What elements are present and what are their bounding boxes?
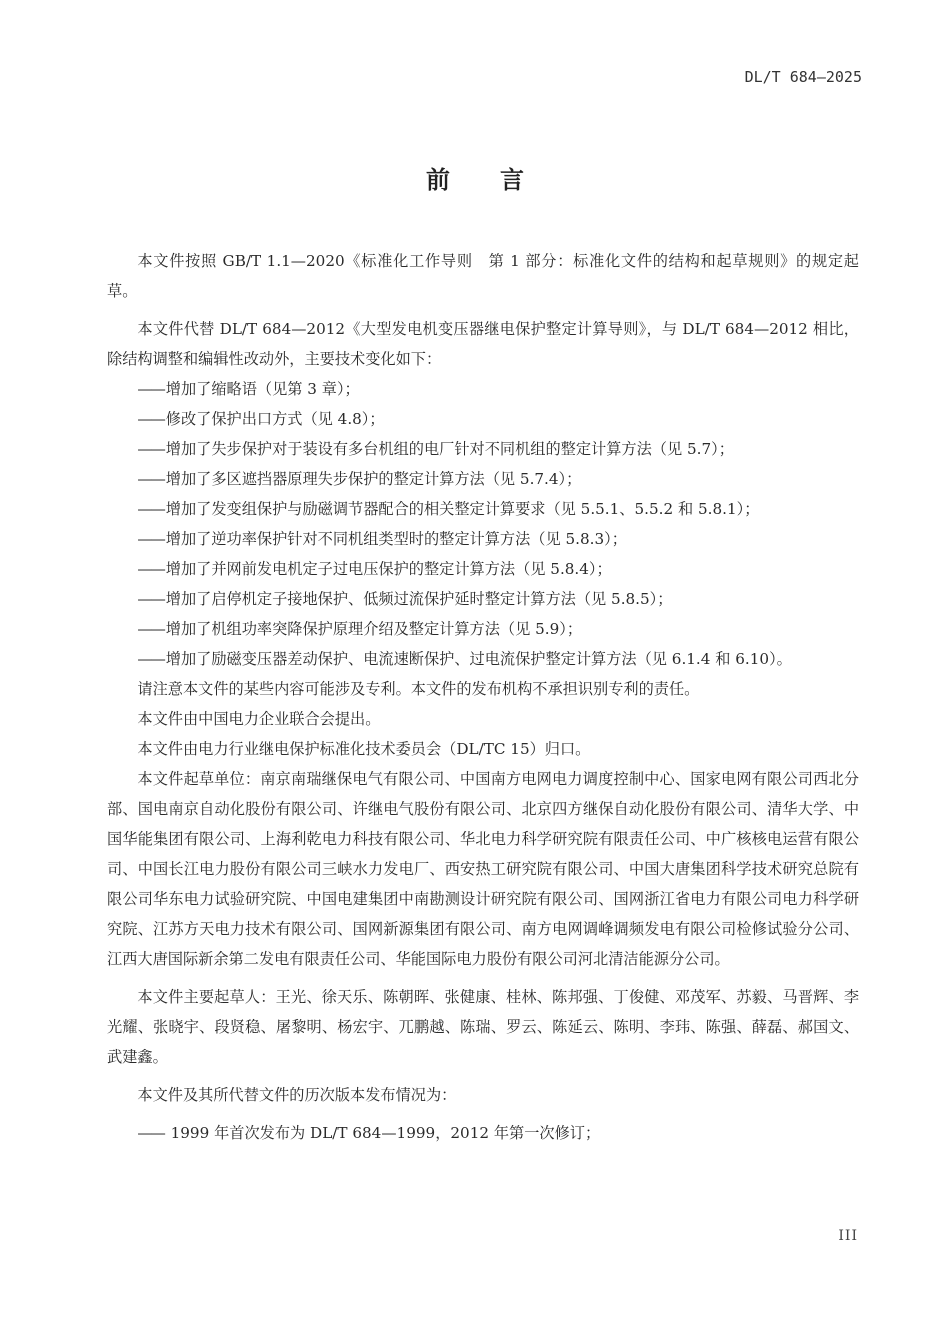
title-char-2: 言: [500, 160, 524, 195]
list-item: ——增加了失步保护对于装设有多台机组的电厂针对不同机组的整定计算方法（见 5.7…: [107, 434, 859, 464]
paragraph-history-intro: 本文件及其所代替文件的历次版本发布情况为：: [107, 1080, 859, 1110]
dash-marker: ——: [137, 590, 163, 608]
list-item: ——增加了机组功率突降保护原理介绍及整定计算方法（见 5.9）；: [107, 614, 859, 644]
paragraph-patent-notice: 请注意本文件的某些内容可能涉及专利。本文件的发布机构不承担识别专利的责任。: [107, 674, 859, 704]
dash-marker: ——: [137, 1124, 163, 1142]
dash-marker: ——: [137, 440, 163, 458]
page-number: III: [838, 1228, 858, 1244]
dash-marker: ——: [137, 530, 163, 548]
dash-marker: ——: [137, 620, 163, 638]
paragraph-proposer: 本文件由中国电力企业联合会提出。: [107, 704, 859, 734]
dash-marker: ——: [137, 650, 163, 668]
paragraph-replacement: 本文件代替 DL/T 684—2012《大型发电机变压器继电保护整定计算导则》，…: [107, 314, 859, 374]
title-char-1: 前: [426, 160, 450, 195]
list-item: ——增加了并网前发电机定子过电压保护的整定计算方法（见 5.8.4）；: [107, 554, 859, 584]
dash-marker: ——: [137, 410, 163, 428]
changes-list: ——增加了缩略语（见第 3 章）； ——修改了保护出口方式（见 4.8）； ——…: [107, 374, 859, 674]
dash-marker: ——: [137, 560, 163, 578]
list-item: ——增加了缩略语（见第 3 章）；: [107, 374, 859, 404]
list-item: ——增加了多区遮挡器原理失步保护的整定计算方法（见 5.7.4）；: [107, 464, 859, 494]
dash-marker: ——: [137, 500, 163, 518]
paragraph-drafters: 本文件主要起草人：王光、徐天乐、陈朝晖、张健康、桂林、陈邦强、丁俊健、邓茂军、苏…: [107, 982, 859, 1072]
list-item: ——修改了保护出口方式（见 4.8）；: [107, 404, 859, 434]
dash-marker: ——: [137, 380, 163, 398]
foreword-body: 本文件按照 GB/T 1.1—2020《标准化工作导则 第 1 部分：标准化文件…: [107, 246, 859, 1148]
list-item: ——增加了励磁变压器差动保护、电流速断保护、过电流保护整定计算方法（见 6.1.…: [107, 644, 859, 674]
list-item: ——增加了启停机定子接地保护、低频过流保护延时整定计算方法（见 5.8.5）；: [107, 584, 859, 614]
dash-marker: ——: [137, 470, 163, 488]
page-title: 前言: [0, 160, 950, 195]
standard-code: DL/T 684—2025: [745, 68, 862, 86]
list-item: ——增加了逆功率保护针对不同机组类型时的整定计算方法（见 5.8.3）；: [107, 524, 859, 554]
list-item: ——增加了发变组保护与励磁调节器配合的相关整定计算要求（见 5.5.1、5.5.…: [107, 494, 859, 524]
document-page: DL/T 684—2025 前言 本文件按照 GB/T 1.1—2020《标准化…: [0, 0, 950, 1344]
paragraph-drafting-basis: 本文件按照 GB/T 1.1—2020《标准化工作导则 第 1 部分：标准化文件…: [107, 246, 859, 306]
paragraph-centralized: 本文件由电力行业继电保护标准化技术委员会（DL/TC 15）归口。: [107, 734, 859, 764]
paragraph-drafting-units: 本文件起草单位：南京南瑞继保电气有限公司、中国南方电网电力调度控制中心、国家电网…: [107, 764, 859, 974]
history-item: —— 1999 年首次发布为 DL/T 684—1999，2012 年第一次修订…: [107, 1118, 859, 1148]
